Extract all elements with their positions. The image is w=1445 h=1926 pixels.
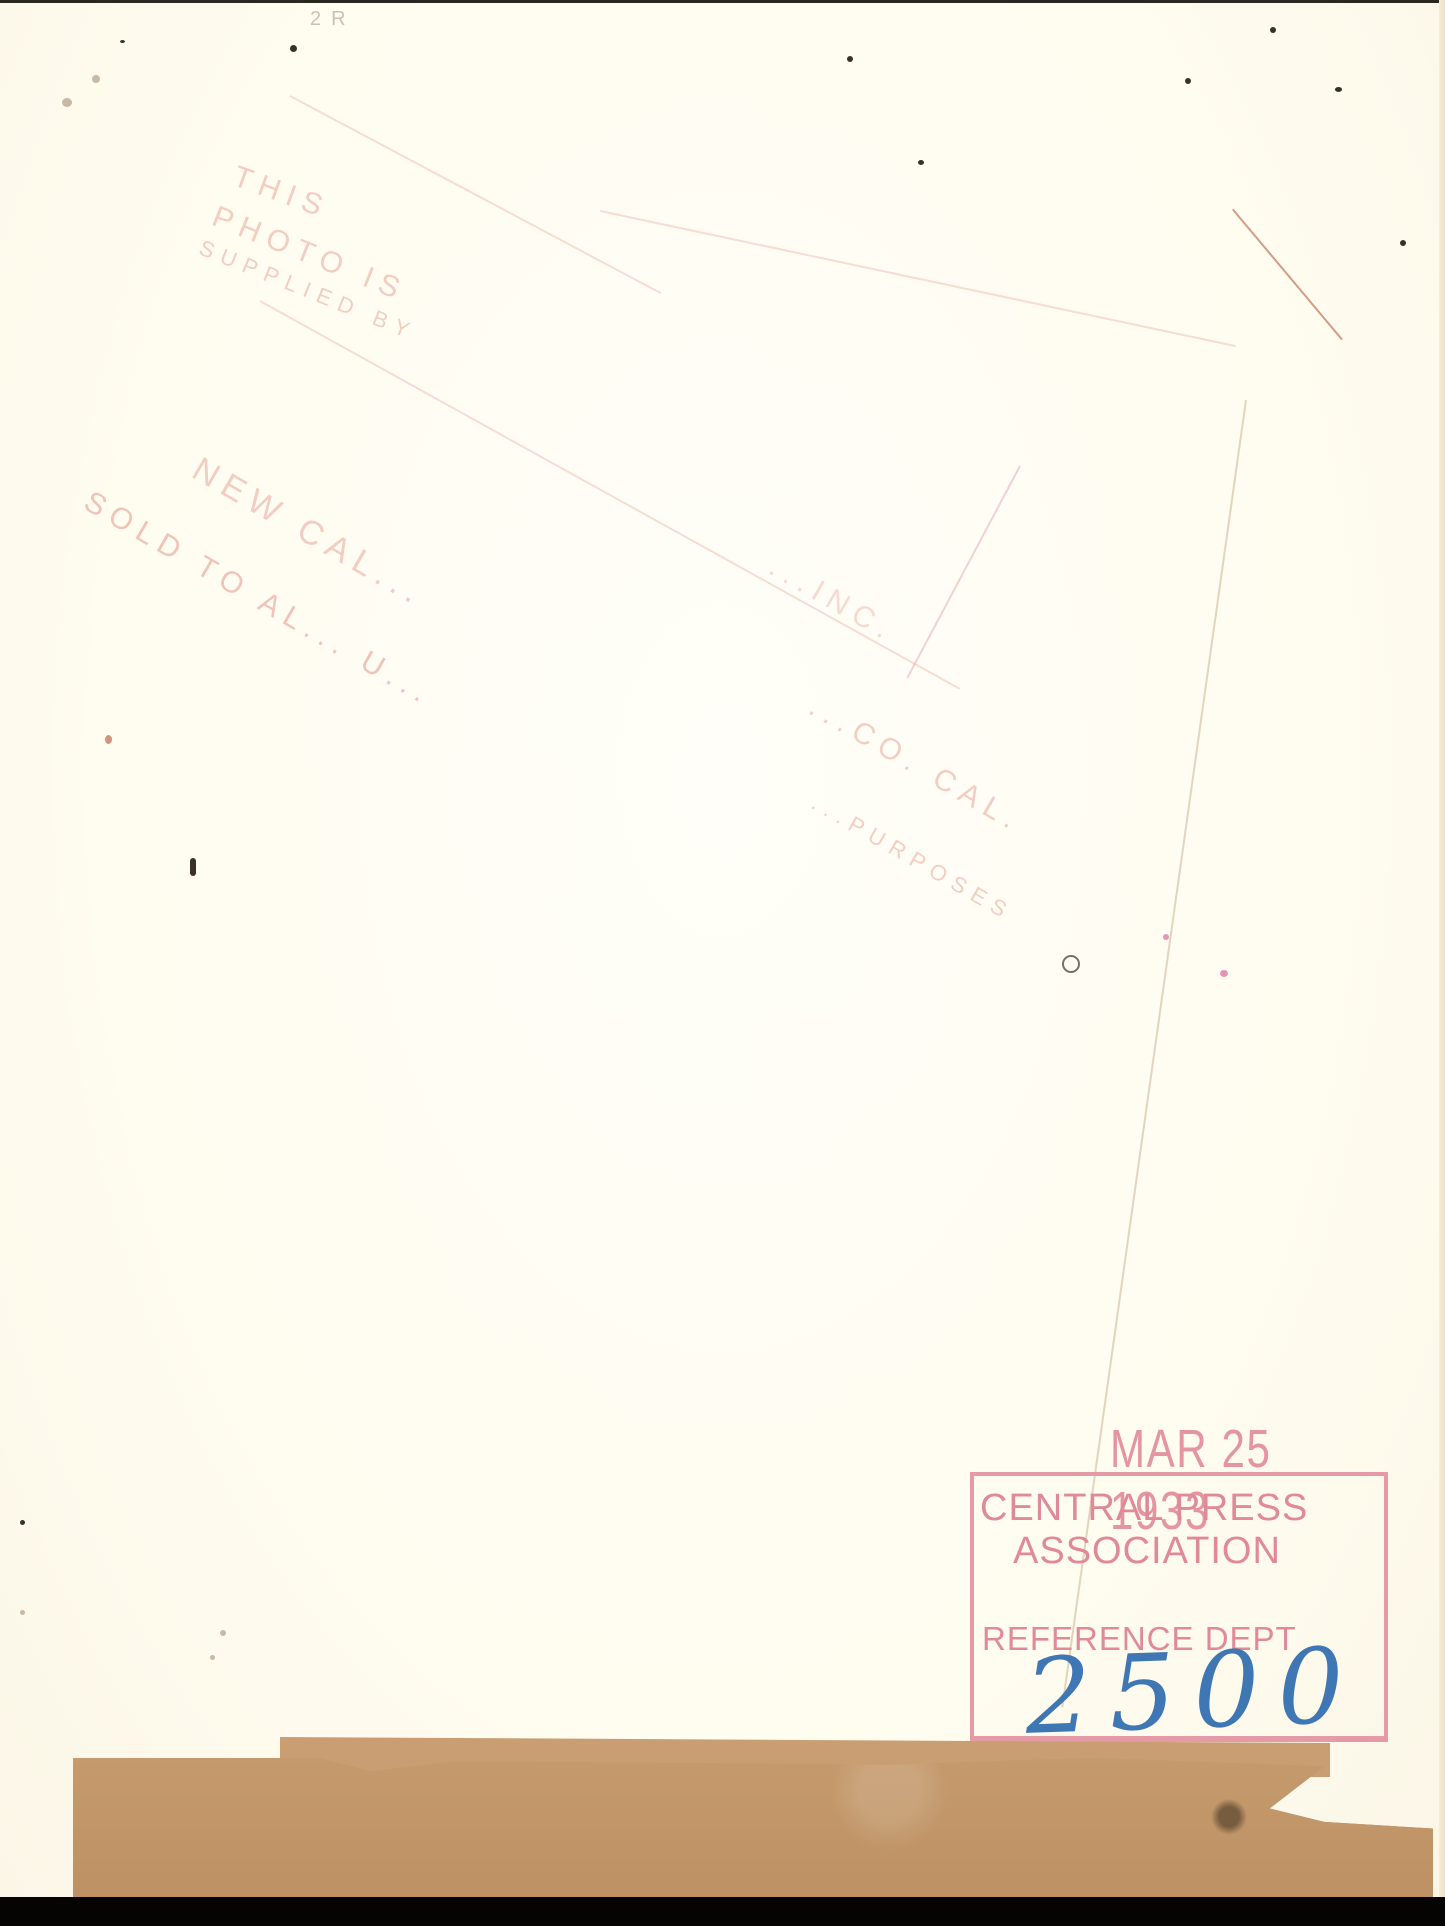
stain-spot bbox=[1062, 955, 1080, 973]
dirt-spot bbox=[1185, 78, 1191, 84]
ink-spot bbox=[1163, 934, 1169, 940]
dirt-spot bbox=[62, 98, 72, 107]
dirt-spot bbox=[20, 1610, 25, 1615]
dirt-spot bbox=[1270, 27, 1276, 33]
dirt-spot bbox=[92, 75, 100, 83]
dirt-spot bbox=[120, 40, 125, 43]
dirt-spot bbox=[918, 160, 924, 165]
scan-bottom-edge bbox=[0, 1897, 1445, 1926]
scan-right-edge bbox=[1439, 0, 1445, 1926]
stamp-line-association: ASSOCIATION bbox=[1013, 1530, 1281, 1573]
dirt-spot bbox=[1400, 240, 1406, 246]
dirt-spot bbox=[220, 1630, 226, 1636]
dirt-spot bbox=[847, 56, 853, 62]
photo-back-page: THIS PHOTO IS SUPPLIED BY NEW CAL... SOL… bbox=[0, 0, 1445, 1926]
dirt-spot bbox=[1335, 87, 1342, 92]
ink-spot bbox=[1220, 970, 1228, 977]
dirt-spot bbox=[210, 1655, 215, 1660]
dirt-spot bbox=[290, 45, 297, 52]
dirt-spot bbox=[190, 858, 196, 876]
stamp-line-organization: CENTRAL PRESS bbox=[980, 1487, 1308, 1530]
scan-top-edge bbox=[0, 0, 1445, 3]
corner-marks: 2R bbox=[310, 8, 356, 31]
dirt-spot bbox=[20, 1520, 25, 1525]
handwritten-reference-number: 2500 bbox=[1023, 1624, 1364, 1758]
dirt-spot bbox=[105, 735, 112, 744]
